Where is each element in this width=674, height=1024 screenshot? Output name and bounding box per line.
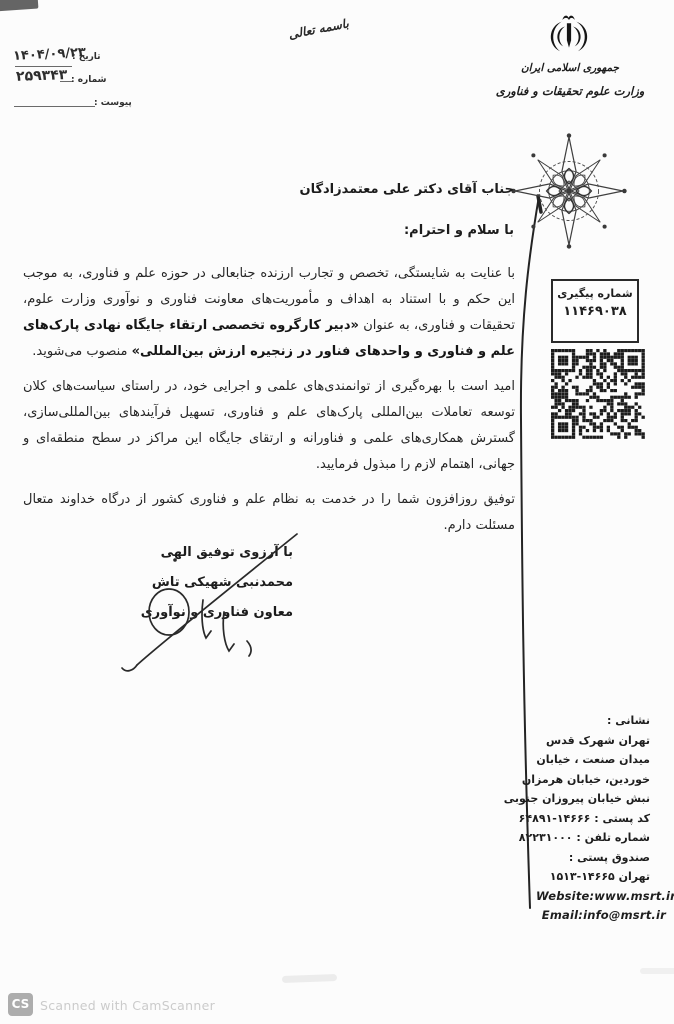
- address-line: خوردین، خیابان هرمزان: [440, 770, 650, 790]
- scan-smudge: [282, 974, 337, 983]
- letter-body: با عنایت به شایستگی، تخصص و تجارب ارزنده…: [23, 261, 515, 548]
- attachment-rule-line: [14, 106, 95, 107]
- handwritten-signature: [85, 512, 315, 682]
- address-line: تهران شهرک قدس: [440, 731, 650, 751]
- salutation-line: با سلام و احترام:: [404, 223, 514, 238]
- address-line: میدان صنعت ، خیابان: [440, 750, 650, 770]
- tracking-label: شماره پیگیری: [553, 287, 637, 300]
- paragraph-expectations: امید است با بهره‌گیری از توانمندی‌های عل…: [23, 374, 515, 478]
- scanned-letter-page: باسمه تعالی تاریخ : ۱۴۰۴/۰۹/۲۳ شماره : ۲…: [0, 0, 674, 1024]
- po-box-label-line: صندوق پستی :: [440, 848, 650, 868]
- tracking-number-box: شماره پیگیری ۱۱۴۶۹۰۳۸: [551, 279, 639, 343]
- number-value-handwritten: ۲۵۹۳۴۳: [16, 67, 68, 85]
- email-line: Email:info@msrt.ir: [440, 906, 666, 926]
- camscanner-watermark-text: Scanned with CamScanner: [40, 998, 215, 1013]
- address-line: نبش خیابان پیروزان جنوبی: [440, 789, 650, 809]
- number-label: شماره :: [71, 75, 107, 85]
- po-box-line: تهران ۱۴۶۶۵-۱۵۱۳: [440, 867, 650, 887]
- scan-smudge-2: [640, 968, 674, 974]
- address-line: نشانی :: [440, 711, 650, 731]
- iran-emblem-icon: [543, 14, 595, 60]
- tracking-number: ۱۱۴۶۹۰۳۸: [553, 304, 637, 319]
- p1-regular-post: منصوب می‌شوید.: [32, 344, 131, 359]
- phone-line: شماره تلفن : ۸۲۲۳۱۰۰۰: [440, 828, 650, 848]
- postal-code-line: کد پستی : ۱۴۶۶۶-۶۴۸۹۱: [440, 809, 650, 829]
- paragraph-appointment: با عنایت به شایستگی، تخصص و تجارب ارزنده…: [23, 261, 515, 365]
- letterhead-ministry: وزارت علوم تحقیقات و فناوری: [488, 84, 652, 98]
- addressee-line: جناب آقای دکتر علی معتمدزادگان: [299, 182, 514, 197]
- website-line: Website:www.msrt.ir: [412, 887, 674, 907]
- ornamental-stamp-icon: [510, 132, 628, 250]
- qr-code: [551, 349, 645, 439]
- footer-address-block: نشانی : تهران شهرک قدس میدان صنعت ، خیاب…: [440, 711, 650, 926]
- bismillah-text: باسمه تعالی: [287, 16, 350, 41]
- letterhead-country: جمهوری اسلامی ایران: [498, 62, 642, 74]
- scan-artifact-corner: [0, 0, 38, 12]
- number-rule-line: [60, 81, 72, 82]
- attachment-label: پیوست :: [94, 98, 132, 108]
- camscanner-logo: CS: [8, 993, 33, 1016]
